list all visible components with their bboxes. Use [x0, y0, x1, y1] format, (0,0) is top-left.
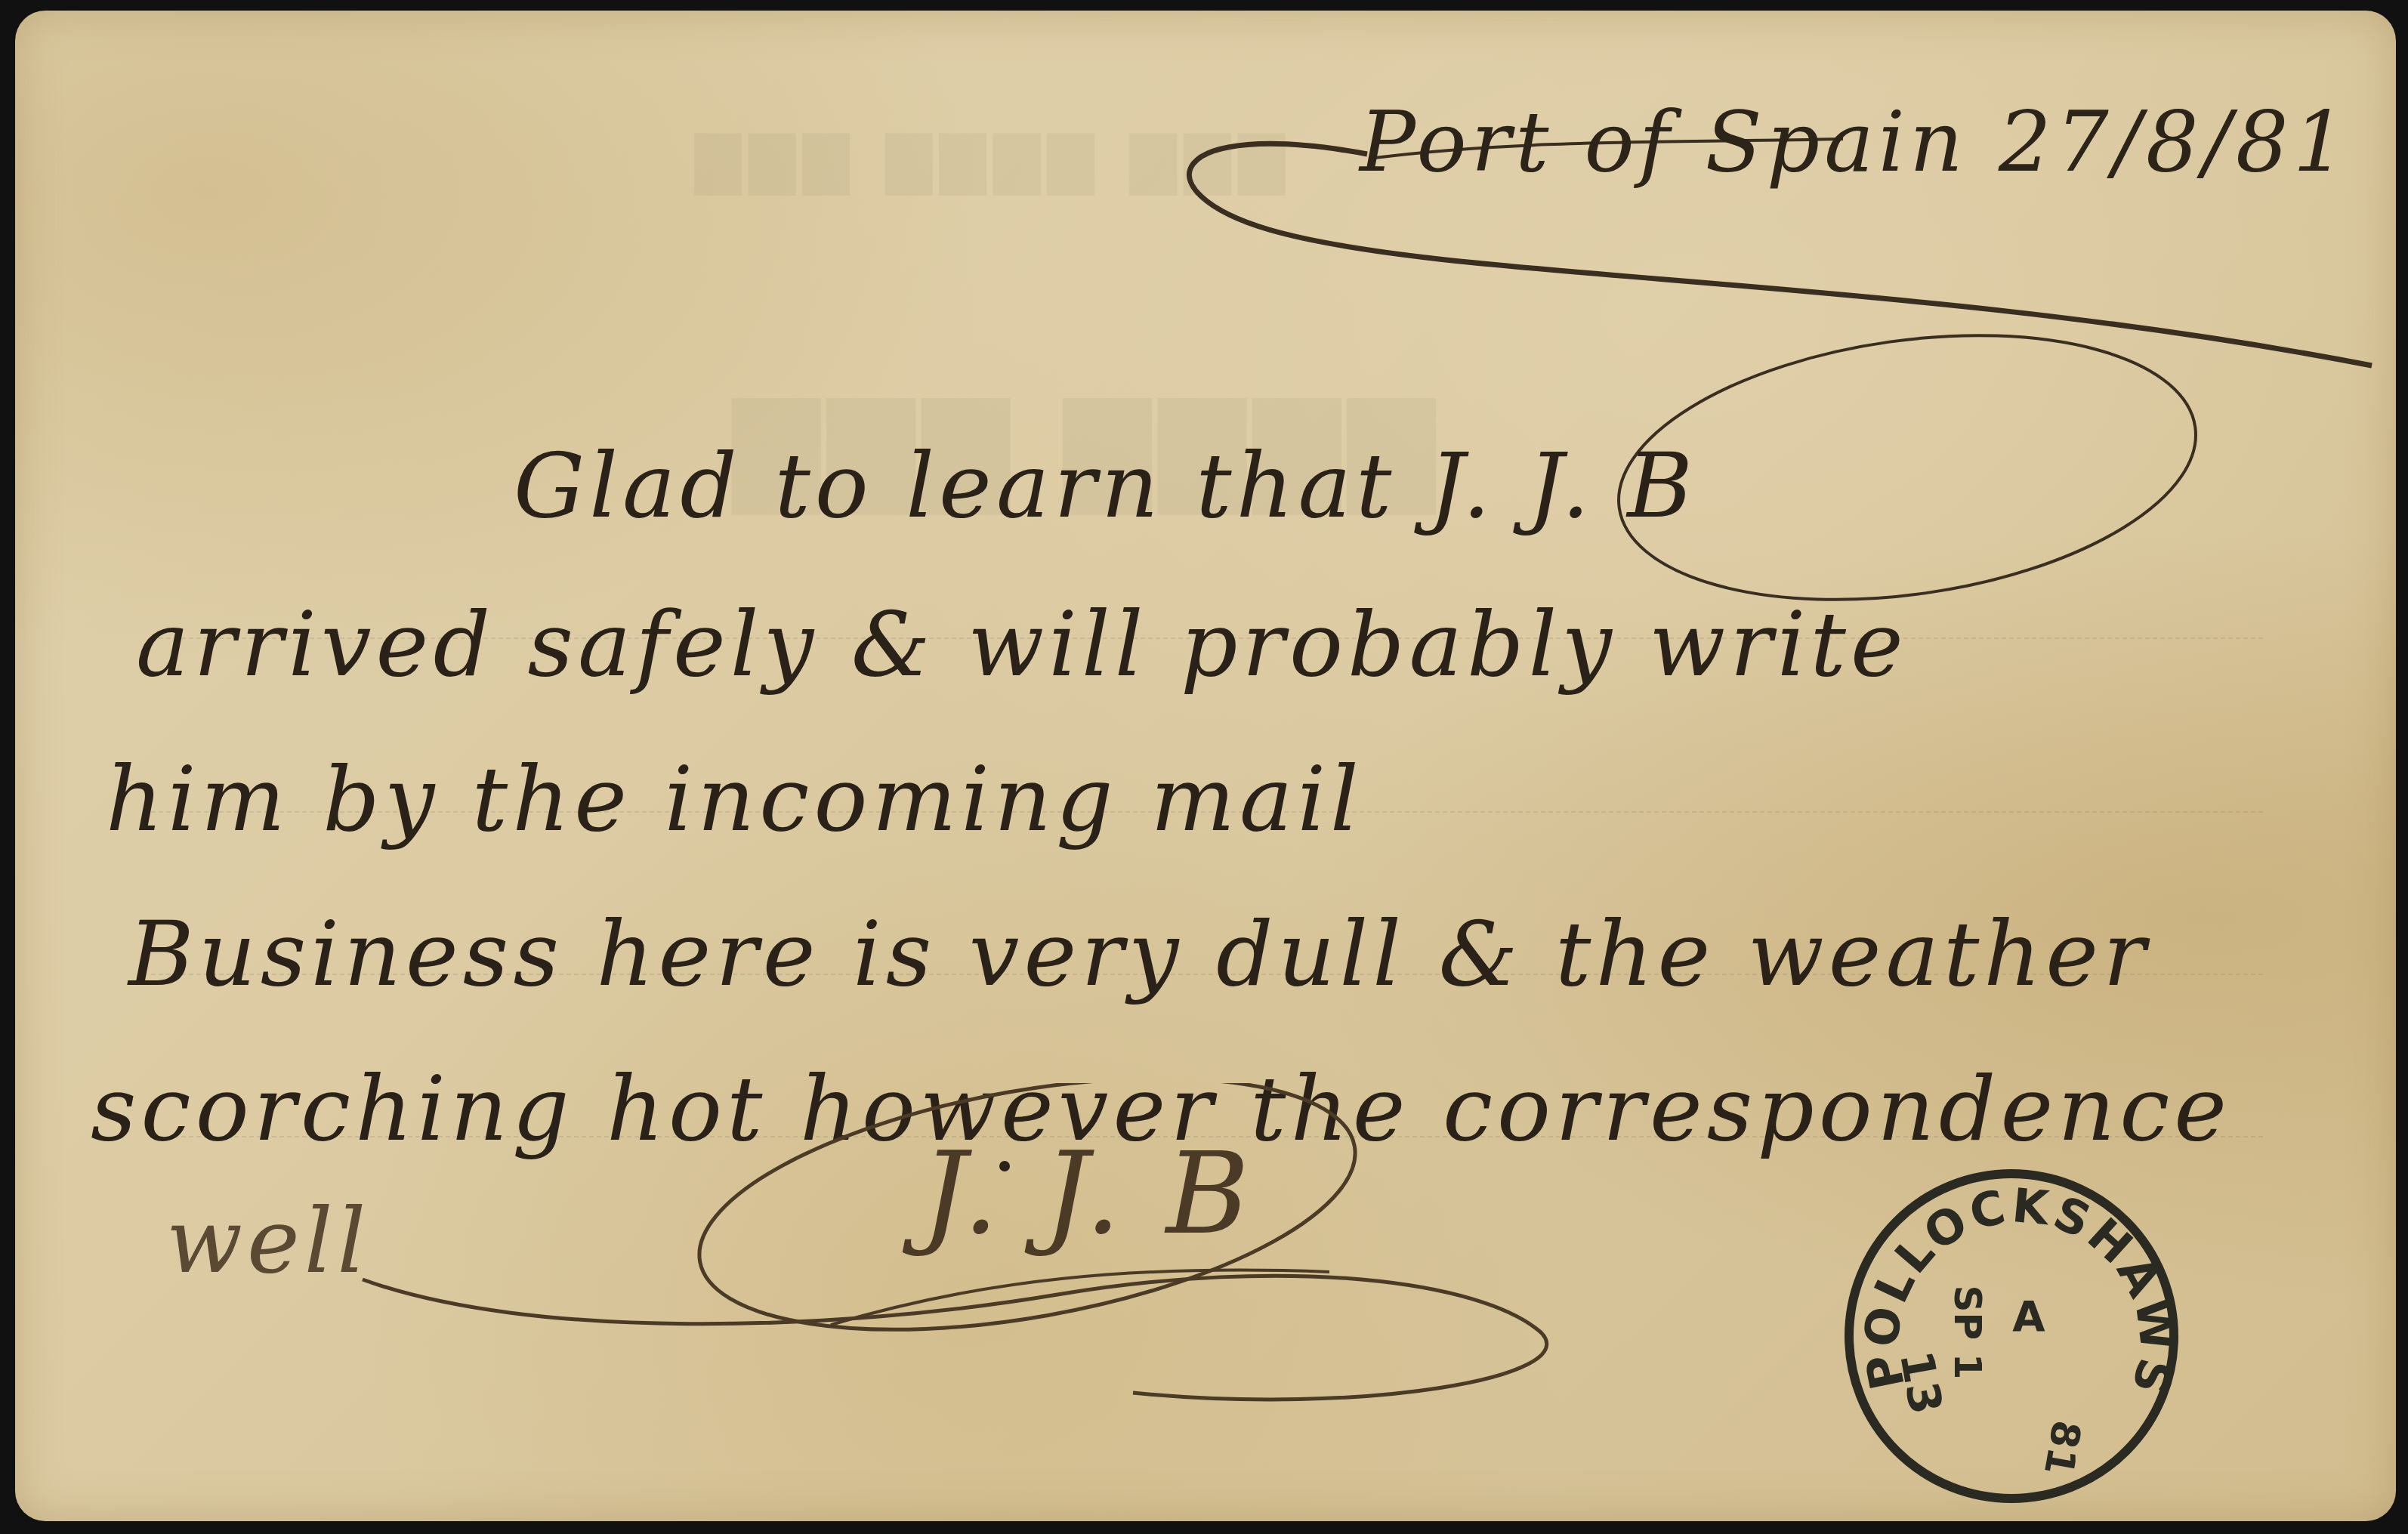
- postmark-date: SP 1: [1946, 1286, 1990, 1380]
- postmark-code: A: [2012, 1292, 2045, 1341]
- postmark-number: 13: [1889, 1347, 1952, 1418]
- body-line-3: him by the incoming mail: [106, 747, 1363, 851]
- body-line-2: arrived safely & will probably write: [136, 592, 1908, 696]
- body-line-6: well: [166, 1189, 370, 1293]
- body-line-4: Business here is very dull & the weather: [128, 902, 2150, 1006]
- body-line-1: Glad to learn that J. J. B: [514, 434, 1697, 538]
- initials-circle: [1601, 328, 2243, 630]
- faded-printed-text: ▇▇▇ ▇▇▇▇ ▇▇▇: [695, 124, 1292, 195]
- postmark-year: 81: [2035, 1417, 2089, 1479]
- header-flourish: [15, 11, 2396, 464]
- postcard: ▇▇▇ ▇▇▇▇ ▇▇▇ ▇▇▇ ▇▇▇▇ Port of Spain 27/8…: [15, 11, 2396, 1521]
- header-place-date: Port of Spain 27/8/81: [1360, 94, 2351, 190]
- postmark: POLLOCKSHAWS A SP 1 81 13: [1834, 1159, 2189, 1514]
- signature: J. J. B: [922, 1128, 1254, 1260]
